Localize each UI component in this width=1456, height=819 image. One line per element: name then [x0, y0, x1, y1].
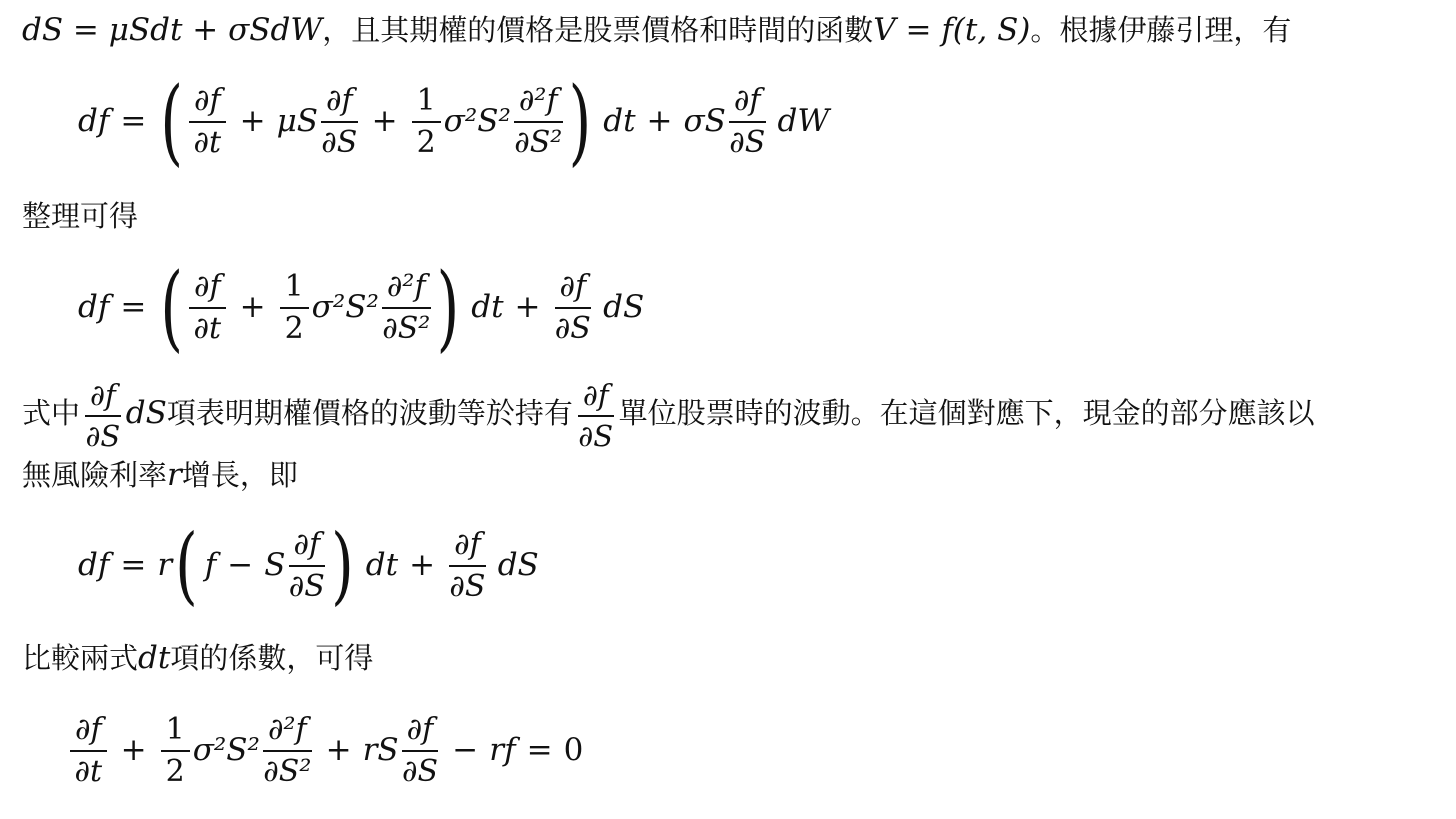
fraction: ∂²f ∂S² — [382, 268, 431, 347]
math-token: dW — [778, 103, 830, 139]
cjk-text: 項的係數，可得 — [170, 643, 373, 675]
fraction-denominator: ∂S — [729, 123, 765, 160]
fraction: ∂f ∂S — [729, 82, 766, 161]
math-token: dt — [603, 103, 635, 139]
plus-sign: + — [647, 103, 673, 139]
fraction: ∂²f ∂S² — [263, 711, 312, 790]
fraction-denominator: ∂S² — [263, 752, 311, 789]
plus-sign: + — [326, 732, 352, 768]
fraction-denominator: ∂S — [402, 752, 438, 789]
fraction-denominator: ∂t — [193, 309, 221, 346]
math-token: dS — [126, 395, 167, 431]
fraction-denominator: ∂S — [85, 417, 120, 453]
fraction-numerator: ∂f — [70, 711, 107, 752]
fraction-numerator: ∂f — [555, 268, 592, 309]
cjk-text: 比較兩式 — [22, 643, 138, 675]
math-token: rS — [363, 732, 399, 768]
math-token: rf — [489, 732, 515, 768]
fraction: ∂f ∂t — [189, 82, 226, 161]
fraction-numerator: ∂f — [85, 377, 121, 417]
fraction: ∂²f ∂S² — [514, 82, 563, 161]
paragraph-compare-coefficients: 比較兩式dt項的係數，可得 — [22, 636, 1434, 681]
fraction-denominator: ∂S — [555, 309, 591, 346]
fraction: 1 2 — [161, 711, 190, 790]
fraction-denominator: 2 — [417, 123, 436, 160]
text-rearranged: 整理可得 — [22, 195, 1434, 239]
math-token: f — [205, 547, 216, 583]
plus-sign: + — [409, 547, 435, 583]
fraction-denominator: ∂S — [449, 567, 485, 604]
cjk-text: 整理可得 — [22, 201, 138, 233]
math-token: S — [264, 547, 285, 583]
fraction: ∂f ∂S — [289, 526, 326, 605]
fraction-numerator: ∂f — [578, 377, 614, 417]
math-token: σ²S² — [444, 103, 511, 139]
math-token: dt — [366, 547, 398, 583]
fraction: ∂f∂S — [85, 377, 121, 453]
plus-sign: + — [372, 103, 398, 139]
math-token: dt — [471, 289, 503, 325]
math-token: dS = μSdt + σSdW — [22, 12, 322, 48]
math-token: r — [157, 547, 172, 583]
math-token: dS — [498, 547, 539, 583]
cjk-text: 。根據伊藤引理，有 — [1030, 15, 1291, 47]
fraction: ∂f ∂S — [402, 711, 439, 790]
right-paren: ) — [569, 74, 592, 168]
document-page: dS = μSdt + σSdW，且其期權的價格是股票價格和時間的函數V = f… — [0, 0, 1456, 805]
equals-sign: = — [120, 289, 146, 325]
intro-line: dS = μSdt + σSdW，且其期權的價格是股票價格和時間的函數V = f… — [22, 8, 1434, 53]
fraction-numerator: 1 — [412, 82, 441, 123]
cjk-text: 項表明期權價格的波動等於持有 — [167, 398, 573, 430]
fraction-numerator: ∂²f — [514, 82, 563, 123]
math-token: r — [167, 457, 182, 493]
plus-sign: + — [240, 103, 266, 139]
plus-sign: + — [121, 732, 147, 768]
fraction-numerator: ∂²f — [263, 711, 312, 752]
fraction-numerator: ∂f — [189, 268, 226, 309]
fraction-numerator: 1 — [161, 711, 190, 752]
minus-sign: − — [227, 547, 253, 583]
fraction-denominator: ∂S — [578, 417, 613, 453]
cjk-text: 單位股票時的波動。在這個對應下，現金的部分應該以 — [619, 398, 1315, 430]
fraction-numerator: ∂f — [402, 711, 439, 752]
fraction-numerator: ∂f — [449, 526, 486, 567]
fraction: ∂f ∂S — [321, 82, 358, 161]
fraction: ∂f∂S — [578, 377, 614, 453]
equation-black-scholes-pde: ∂f ∂t + 1 2 σ²S² ∂²f ∂S² + rS ∂f ∂S − rf… — [22, 695, 1434, 805]
fraction: ∂f ∂S — [449, 526, 486, 605]
equals-sign: = — [527, 732, 553, 768]
math-token: μS — [277, 103, 318, 139]
math-token: df — [78, 103, 109, 139]
fraction-denominator: ∂S — [289, 567, 325, 604]
left-paren: ( — [175, 523, 198, 607]
minus-sign: − — [452, 732, 478, 768]
fraction: 1 2 — [412, 82, 441, 161]
fraction-numerator: ∂f — [189, 82, 226, 123]
math-token: df — [78, 289, 109, 325]
math-token: σS — [684, 103, 726, 139]
fraction-denominator: 2 — [285, 309, 304, 346]
plus-sign: + — [240, 289, 266, 325]
right-paren: ) — [437, 260, 460, 354]
cjk-text: 增長，即 — [182, 460, 298, 492]
fraction-numerator: ∂f — [321, 82, 358, 123]
fraction-numerator: 1 — [280, 268, 309, 309]
equals-sign: = — [120, 103, 146, 139]
fraction-denominator: ∂S — [321, 123, 357, 160]
left-paren: ( — [160, 260, 183, 354]
equals-sign: = — [120, 547, 146, 583]
fraction-numerator: ∂f — [729, 82, 766, 123]
paragraph-hedging-explanation: 式中∂f∂SdS項表明期權價格的波動等於持有∂f∂S單位股票時的波動。在這個對應… — [22, 377, 1434, 498]
fraction-denominator: 2 — [166, 752, 185, 789]
fraction: 1 2 — [280, 268, 309, 347]
right-paren: ) — [331, 523, 354, 607]
math-token: σ²S² — [312, 289, 379, 325]
fraction: ∂f ∂S — [555, 268, 592, 347]
fraction: ∂f ∂t — [189, 268, 226, 347]
fraction-numerator: ∂f — [289, 526, 326, 567]
math-token: df — [78, 547, 109, 583]
cjk-text: 式中 — [22, 398, 80, 430]
math-token: 0 — [564, 732, 584, 768]
math-token: V = f(t, S) — [873, 12, 1030, 48]
equation-risk-free-growth: df = r ( f − S ∂f ∂S ) dt + ∂f ∂S dS — [22, 516, 1434, 614]
cjk-text: ，且其期權的價格是股票價格和時間的函數 — [322, 15, 873, 47]
math-token: σ²S² — [193, 732, 260, 768]
plus-sign: + — [515, 289, 541, 325]
fraction-denominator: ∂S² — [382, 309, 430, 346]
fraction-denominator: ∂t — [193, 123, 221, 160]
equation-ito-expansion: df = ( ∂f ∂t + μS ∂f ∂S + 1 2 σ²S² ∂²f ∂… — [22, 69, 1434, 173]
math-token: dS — [603, 289, 644, 325]
left-paren: ( — [160, 74, 183, 168]
fraction: ∂f ∂t — [70, 711, 107, 790]
fraction-denominator: ∂S² — [514, 123, 562, 160]
equation-df-simplified: df = ( ∂f ∂t + 1 2 σ²S² ∂²f ∂S² ) dt + ∂… — [22, 255, 1434, 359]
cjk-text: 無風險利率 — [22, 460, 167, 492]
math-token: dt — [138, 640, 170, 676]
fraction-denominator: ∂t — [75, 752, 103, 789]
fraction-numerator: ∂²f — [382, 268, 431, 309]
